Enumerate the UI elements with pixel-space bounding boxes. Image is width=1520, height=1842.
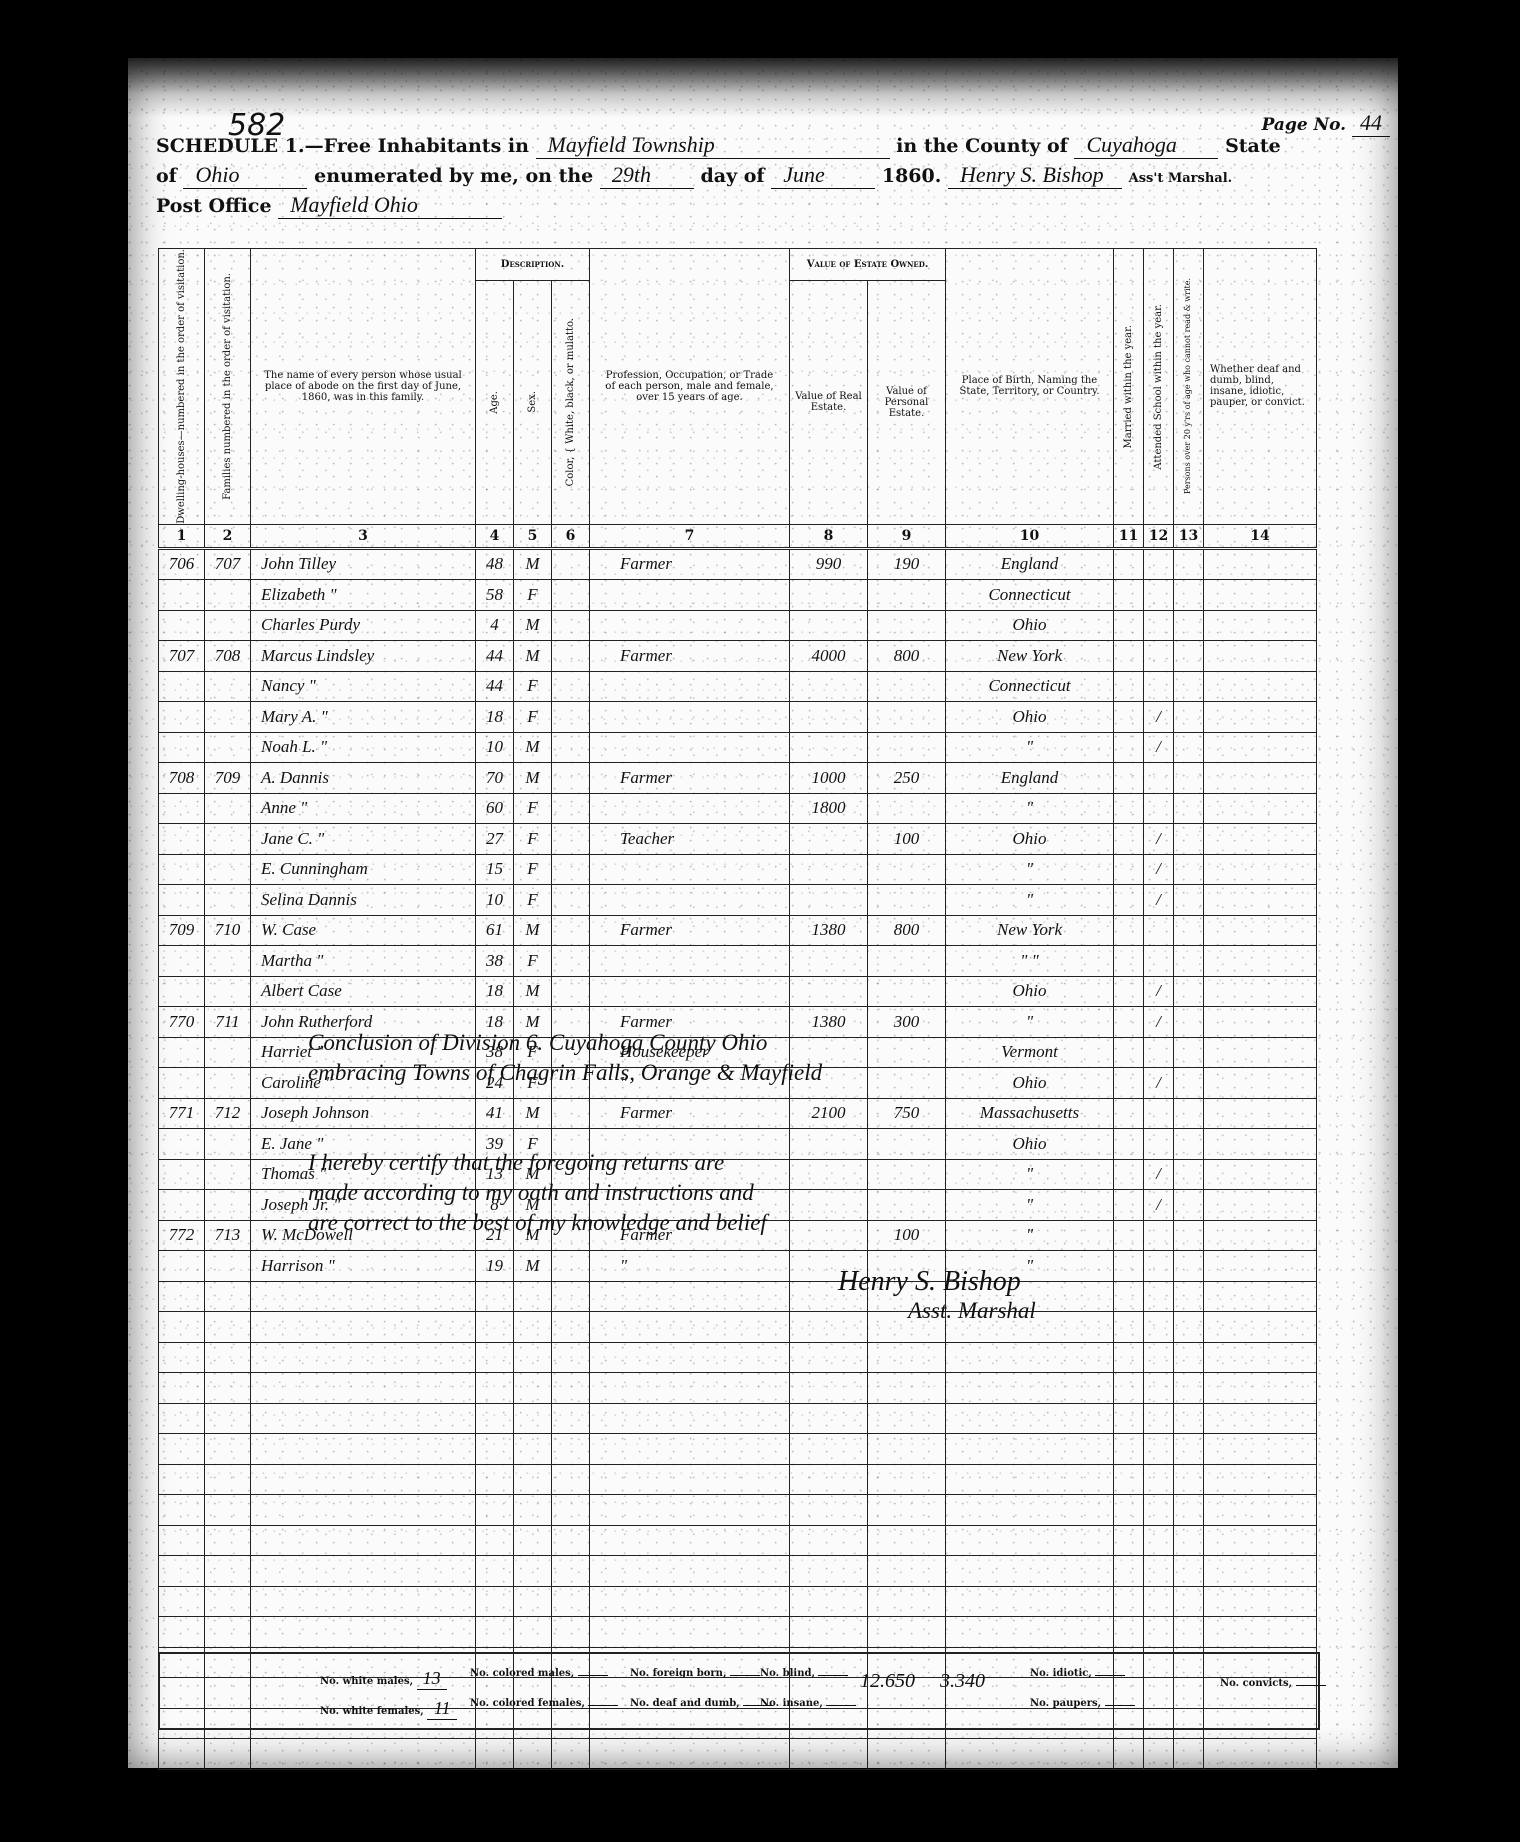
cell-birthplace: " [946, 1159, 1114, 1190]
cell-real-estate [790, 1129, 868, 1160]
cell-disability [1204, 946, 1317, 977]
cell-age: 10 [476, 885, 514, 916]
cell-illiterate [1174, 1037, 1204, 1068]
table-row: 771712Joseph Johnson41MFarmer2100750Mass… [159, 1098, 1317, 1129]
cell-dwelling [159, 1159, 205, 1190]
cell-sex: M [514, 732, 552, 763]
conclusion-note-line-2: embracing Towns of Chagrin Falls, Orange… [308, 1060, 822, 1086]
cell-school [1144, 641, 1174, 672]
cell-real-estate [790, 1220, 868, 1251]
cell-age: 44 [476, 671, 514, 702]
table-row: Elizabeth "58FConnecticut [159, 580, 1317, 611]
cell-name: John Tilley [251, 548, 476, 580]
cell-color [552, 885, 590, 916]
cell-name: Jane C. " [251, 824, 476, 855]
col-header-age: Age. [476, 280, 514, 524]
cell-age: 18 [476, 976, 514, 1007]
cell-color [552, 610, 590, 641]
cell-personal-estate [868, 976, 946, 1007]
cell-color [552, 671, 590, 702]
cell-family [205, 1037, 251, 1068]
cell-disability [1204, 1068, 1317, 1099]
cell-age: 4 [476, 610, 514, 641]
empty-table-row [159, 1464, 1317, 1495]
summary-paupers: No. paupers, [1030, 1698, 1135, 1709]
cell-disability [1204, 915, 1317, 946]
empty-table-row [159, 1495, 1317, 1526]
cell-occupation [590, 885, 790, 916]
cell-school [1144, 548, 1174, 580]
cell-school: / [1144, 1007, 1174, 1038]
empty-table-row [159, 1281, 1317, 1312]
cell-family [205, 610, 251, 641]
cell-personal-estate: 250 [868, 763, 946, 794]
census-table-wrapper: Dwelling-houses—numbered in the order of… [158, 248, 1316, 1770]
cell-disability [1204, 671, 1317, 702]
cell-dwelling [159, 1129, 205, 1160]
table-row: 706707John Tilley48MFarmer990190England [159, 548, 1317, 580]
cell-married [1114, 915, 1144, 946]
cell-married [1114, 854, 1144, 885]
cell-illiterate [1174, 580, 1204, 611]
cell-school [1144, 763, 1174, 794]
table-row: Jane C. "27FTeacher100Ohio/ [159, 824, 1317, 855]
cell-occupation [590, 702, 790, 733]
cell-disability [1204, 641, 1317, 672]
cell-illiterate [1174, 1098, 1204, 1129]
cell-married [1114, 1037, 1144, 1068]
cell-married [1114, 1007, 1144, 1038]
cell-illiterate [1174, 1220, 1204, 1251]
cell-occupation [590, 793, 790, 824]
table-row: Nancy "44FConnecticut [159, 671, 1317, 702]
cell-dwelling: 771 [159, 1098, 205, 1129]
cell-real-estate: 2100 [790, 1098, 868, 1129]
cell-sex: M [514, 915, 552, 946]
cell-age: 48 [476, 548, 514, 580]
cell-personal-estate [868, 1037, 946, 1068]
cell-real-estate [790, 1190, 868, 1221]
cell-age: 10 [476, 732, 514, 763]
cell-name: A. Dannis [251, 763, 476, 794]
cell-real-estate [790, 946, 868, 977]
cell-real-estate [790, 885, 868, 916]
cell-color [552, 702, 590, 733]
summary-white-females: No. white females, 11 [320, 1698, 457, 1720]
cell-married [1114, 946, 1144, 977]
cell-occupation: Farmer [590, 763, 790, 794]
conclusion-note-line-1: Conclusion of Division 6. Cuyahoga Count… [308, 1030, 767, 1056]
cell-occupation [590, 732, 790, 763]
cell-sex: F [514, 854, 552, 885]
cell-illiterate [1174, 885, 1204, 916]
cell-married [1114, 1220, 1144, 1251]
cell-real-estate: 1380 [790, 1007, 868, 1038]
cell-name: W. Case [251, 915, 476, 946]
cell-illiterate [1174, 793, 1204, 824]
col-header-married: Married within the year. [1114, 249, 1144, 525]
cell-married [1114, 793, 1144, 824]
empty-table-row [159, 1617, 1317, 1648]
cell-personal-estate [868, 671, 946, 702]
cell-sex: M [514, 763, 552, 794]
cell-family [205, 1159, 251, 1190]
col-header-color: Color, { White, black, or mulatto. [552, 280, 590, 524]
cell-illiterate [1174, 824, 1204, 855]
cell-personal-estate: 800 [868, 915, 946, 946]
cell-married [1114, 580, 1144, 611]
cell-real-estate: 990 [790, 548, 868, 580]
cell-personal-estate [868, 1068, 946, 1099]
cell-color [552, 548, 590, 580]
cell-disability [1204, 793, 1317, 824]
cell-dwelling [159, 610, 205, 641]
cell-age: 15 [476, 854, 514, 885]
cell-illiterate [1174, 1251, 1204, 1282]
cell-dwelling: 707 [159, 641, 205, 672]
cell-sex: M [514, 548, 552, 580]
table-row: 707708Marcus Lindsley44MFarmer4000800New… [159, 641, 1317, 672]
cell-birthplace: " [946, 885, 1114, 916]
cell-color [552, 580, 590, 611]
cell-birthplace: " [946, 1007, 1114, 1038]
empty-table-row [159, 1312, 1317, 1343]
cell-birthplace: Vermont [946, 1037, 1114, 1068]
summary-foreign-born: No. foreign born, [630, 1668, 760, 1679]
col-header-occupation: Profession, Occupation, or Trade of each… [590, 249, 790, 525]
cell-illiterate [1174, 732, 1204, 763]
summary-totals: No. white males, 13 No. white females, 1… [158, 1652, 1320, 1730]
summary-deaf-dumb: No. deaf and dumb, [630, 1698, 773, 1709]
cell-real-estate: 1000 [790, 763, 868, 794]
cell-school: / [1144, 976, 1174, 1007]
cell-school [1144, 671, 1174, 702]
marshal-field: Henry S. Bishop [948, 162, 1122, 189]
empty-table-row [159, 1739, 1317, 1770]
cell-family [205, 1129, 251, 1160]
cell-school [1144, 1098, 1174, 1129]
cell-personal-estate: 100 [868, 1220, 946, 1251]
cell-school [1144, 1220, 1174, 1251]
cell-real-estate [790, 976, 868, 1007]
cell-disability [1204, 580, 1317, 611]
cell-illiterate [1174, 641, 1204, 672]
cell-color [552, 1098, 590, 1129]
cell-sex: F [514, 671, 552, 702]
cell-personal-estate [868, 610, 946, 641]
cell-dwelling [159, 885, 205, 916]
summary-colored-females: No. colored females, [470, 1698, 618, 1709]
cell-family [205, 824, 251, 855]
cell-birthplace: Ohio [946, 1068, 1114, 1099]
cell-name: Mary A. " [251, 702, 476, 733]
cell-sex: F [514, 702, 552, 733]
cell-married [1114, 610, 1144, 641]
cell-school: / [1144, 824, 1174, 855]
cell-birthplace: England [946, 548, 1114, 580]
cell-disability [1204, 1159, 1317, 1190]
cell-real-estate [790, 610, 868, 641]
cell-age: 38 [476, 946, 514, 977]
page-number-value: 44 [1352, 110, 1390, 137]
cell-age: 58 [476, 580, 514, 611]
cell-age: 27 [476, 824, 514, 855]
cell-school [1144, 1037, 1174, 1068]
cell-disability [1204, 1007, 1317, 1038]
cell-dwelling [159, 1190, 205, 1221]
cell-married [1114, 1098, 1144, 1129]
cell-sex: M [514, 1098, 552, 1129]
cell-sex: F [514, 824, 552, 855]
cell-school [1144, 1251, 1174, 1282]
cell-sex: M [514, 976, 552, 1007]
cell-illiterate [1174, 1190, 1204, 1221]
cell-age: 61 [476, 915, 514, 946]
cell-dwelling [159, 671, 205, 702]
cell-birthplace: " " [946, 946, 1114, 977]
cell-dwelling [159, 702, 205, 733]
cell-disability [1204, 763, 1317, 794]
cell-birthplace: " [946, 854, 1114, 885]
cell-sex: F [514, 946, 552, 977]
cell-age: 70 [476, 763, 514, 794]
cell-school: / [1144, 854, 1174, 885]
empty-table-row [159, 1525, 1317, 1556]
day-field: 29th [600, 162, 694, 189]
cell-family [205, 793, 251, 824]
cell-family: 707 [205, 548, 251, 580]
table-row: Noah L. "10M"/ [159, 732, 1317, 763]
header-line-2: of Ohio enumerated by me, on the 29th da… [156, 162, 1232, 189]
cell-sex: F [514, 793, 552, 824]
cell-family [205, 702, 251, 733]
col-header-school: Attended School within the year. [1144, 249, 1174, 525]
cell-dwelling [159, 793, 205, 824]
cell-disability [1204, 1220, 1317, 1251]
cell-illiterate [1174, 671, 1204, 702]
cell-occupation: Farmer [590, 641, 790, 672]
cell-disability [1204, 976, 1317, 1007]
cell-color [552, 763, 590, 794]
cell-illiterate [1174, 1129, 1204, 1160]
cell-color [552, 732, 590, 763]
cell-married [1114, 732, 1144, 763]
cell-birthplace: Ohio [946, 610, 1114, 641]
cell-color [552, 824, 590, 855]
col-header-illiterate: Persons over 20 y'rs of age who cannot r… [1174, 249, 1204, 525]
cell-color [552, 915, 590, 946]
summary-real-estate-total: 12.650 [860, 1670, 915, 1693]
table-row: Albert Case18MOhio/ [159, 976, 1317, 1007]
cell-color [552, 641, 590, 672]
empty-table-row [159, 1342, 1317, 1373]
cell-color [552, 976, 590, 1007]
empty-table-row [159, 1434, 1317, 1465]
cell-disability [1204, 1098, 1317, 1129]
cell-real-estate [790, 1159, 868, 1190]
cell-dwelling [159, 976, 205, 1007]
cell-personal-estate: 750 [868, 1098, 946, 1129]
cell-personal-estate [868, 885, 946, 916]
header-line-3: Post Office Mayfield Ohio [156, 192, 502, 219]
cell-birthplace: England [946, 763, 1114, 794]
cell-birthplace: Ohio [946, 702, 1114, 733]
header-line-1: SCHEDULE 1.—Free Inhabitants in Mayfield… [156, 132, 1281, 159]
cell-married [1114, 976, 1144, 1007]
table-row: Mary A. "18FOhio/ [159, 702, 1317, 733]
state-field: Ohio [183, 162, 307, 189]
cell-family [205, 976, 251, 1007]
cell-birthplace: Connecticut [946, 580, 1114, 611]
cell-personal-estate [868, 946, 946, 977]
cell-family: 713 [205, 1220, 251, 1251]
cell-school [1144, 793, 1174, 824]
table-row: Anne "60F1800" [159, 793, 1317, 824]
cell-married [1114, 702, 1144, 733]
cell-sex: F [514, 580, 552, 611]
cell-illiterate [1174, 976, 1204, 1007]
cell-school: / [1144, 732, 1174, 763]
cell-sex: M [514, 641, 552, 672]
column-number-row: 1 2 3 4 5 6 7 8 9 10 11 12 13 14 [159, 524, 1317, 548]
cell-family [205, 885, 251, 916]
cell-sex: M [514, 610, 552, 641]
certification-line-2: made according to my oath and instructio… [308, 1180, 754, 1206]
cell-dwelling [159, 580, 205, 611]
marshal-signature-title: Asst. Marshal [908, 1298, 1036, 1324]
summary-blind: No. blind, [760, 1668, 848, 1679]
page-number: Page No. 44 [1262, 110, 1390, 137]
cell-family [205, 1068, 251, 1099]
cell-married [1114, 824, 1144, 855]
cell-dwelling: 772 [159, 1220, 205, 1251]
cell-occupation: " [590, 1251, 790, 1282]
cell-age: 19 [476, 1251, 514, 1282]
marshal-signature: Henry S. Bishop [838, 1266, 1021, 1298]
cell-school: / [1144, 702, 1174, 733]
col-header-dwelling: Dwelling-houses—numbered in the order of… [159, 249, 205, 525]
cell-disability [1204, 1129, 1317, 1160]
cell-birthplace: New York [946, 641, 1114, 672]
cell-personal-estate [868, 1190, 946, 1221]
cell-disability [1204, 1190, 1317, 1221]
cell-birthplace: New York [946, 915, 1114, 946]
cell-disability [1204, 732, 1317, 763]
cell-color [552, 946, 590, 977]
cell-disability [1204, 1037, 1317, 1068]
cell-name: Harrison " [251, 1251, 476, 1282]
cell-dwelling: 709 [159, 915, 205, 946]
cell-birthplace: " [946, 793, 1114, 824]
cell-real-estate [790, 702, 868, 733]
month-field: June [771, 162, 875, 189]
summary-personal-estate-total: 3.340 [940, 1670, 985, 1693]
cell-birthplace: " [946, 1220, 1114, 1251]
col-header-estate: Value of Estate Owned. [790, 249, 946, 281]
col-header-real-estate: Value of Real Estate. [790, 280, 868, 524]
cell-age: 60 [476, 793, 514, 824]
cell-name: Nancy " [251, 671, 476, 702]
col-header-description: Description. [476, 249, 590, 281]
cell-illiterate [1174, 763, 1204, 794]
cell-sex: F [514, 885, 552, 916]
cell-dwelling: 706 [159, 548, 205, 580]
cell-birthplace: Ohio [946, 824, 1114, 855]
cell-personal-estate: 190 [868, 548, 946, 580]
cell-family [205, 946, 251, 977]
cell-illiterate [1174, 946, 1204, 977]
empty-table-row [159, 1586, 1317, 1617]
summary-idiotic: No. idiotic, [1030, 1668, 1125, 1679]
cell-disability [1204, 885, 1317, 916]
empty-table-row [159, 1556, 1317, 1587]
cell-school: / [1144, 1190, 1174, 1221]
cell-personal-estate [868, 580, 946, 611]
cell-occupation: Farmer [590, 915, 790, 946]
census-page: 582 Page No. 44 SCHEDULE 1.—Free Inhabit… [128, 58, 1398, 1768]
cell-birthplace: " [946, 1190, 1114, 1221]
scan-border [128, 58, 1398, 118]
cell-name: Charles Purdy [251, 610, 476, 641]
cell-illiterate [1174, 854, 1204, 885]
county-field: Cuyahoga [1074, 132, 1218, 159]
empty-table-row [159, 1373, 1317, 1404]
cell-personal-estate: 800 [868, 641, 946, 672]
cell-real-estate [790, 732, 868, 763]
cell-occupation [590, 854, 790, 885]
cell-family [205, 1251, 251, 1282]
cell-real-estate: 1800 [790, 793, 868, 824]
summary-insane: No. insane, [760, 1698, 856, 1709]
cell-school [1144, 915, 1174, 946]
table-row: Martha "38F" " [159, 946, 1317, 977]
cell-married [1114, 1159, 1144, 1190]
cell-age: 18 [476, 702, 514, 733]
cell-married [1114, 548, 1144, 580]
cell-disability [1204, 1251, 1317, 1282]
certification-line-3: are correct to the best of my knowledge … [308, 1210, 767, 1236]
summary-convicts: No. convicts, [1220, 1678, 1326, 1689]
cell-school [1144, 946, 1174, 977]
cell-sex: M [514, 1251, 552, 1282]
cell-disability [1204, 824, 1317, 855]
cell-real-estate [790, 671, 868, 702]
cell-illiterate [1174, 548, 1204, 580]
summary-colored-males: No. colored males, [470, 1668, 608, 1679]
cell-school [1144, 580, 1174, 611]
cell-school [1144, 610, 1174, 641]
cell-illiterate [1174, 1159, 1204, 1190]
cell-school: / [1144, 1159, 1174, 1190]
table-row: E. Cunningham15F"/ [159, 854, 1317, 885]
cell-dwelling: 708 [159, 763, 205, 794]
cell-occupation: Teacher [590, 824, 790, 855]
cell-married [1114, 1129, 1144, 1160]
cell-dwelling [159, 824, 205, 855]
cell-personal-estate: 300 [868, 1007, 946, 1038]
cell-occupation [590, 671, 790, 702]
cell-illiterate [1174, 702, 1204, 733]
cell-school [1144, 1129, 1174, 1160]
cell-dwelling [159, 1068, 205, 1099]
cell-real-estate: 1380 [790, 915, 868, 946]
cell-name: Martha " [251, 946, 476, 977]
cell-dwelling [159, 946, 205, 977]
cell-family [205, 671, 251, 702]
col-header-name: The name of every person whose usual pla… [251, 249, 476, 525]
col-header-personal-estate: Value of Personal Estate. [868, 280, 946, 524]
table-row: 709710W. Case61MFarmer1380800New York [159, 915, 1317, 946]
